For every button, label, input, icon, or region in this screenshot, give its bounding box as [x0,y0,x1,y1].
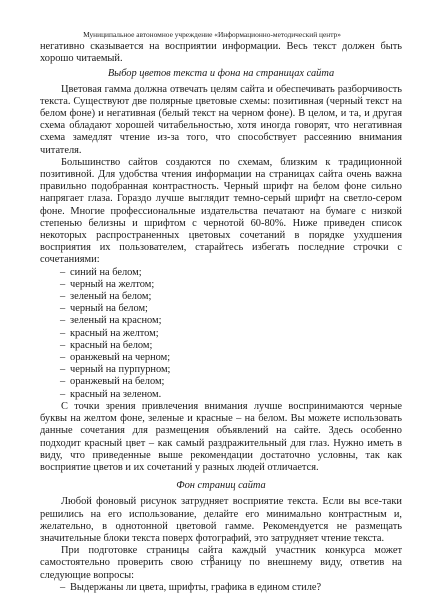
dash-bullet: – [60,267,70,279]
section-heading-background: Фон страниц сайта [40,480,402,492]
paragraph: С точки зрения привлечения внимания лучш… [40,401,402,474]
list-item: –черный на пурпурном; [60,364,402,376]
color-combinations-list: –синий на белом; –черный на желтом; –зел… [40,267,402,401]
dash-bullet: – [60,389,70,401]
section-heading-colors: Выбор цветов текста и фона на страницах … [40,68,402,80]
list-item: –зеленый на красном; [60,315,402,327]
list-item: –красный на зеленом. [60,389,402,401]
dash-bullet: – [60,582,70,594]
dash-bullet: – [60,364,70,376]
dash-bullet: – [60,376,70,388]
paragraph: Большинство сайтов создаются по схемам, … [40,157,402,267]
list-item: –синий на белом; [60,267,402,279]
list-item: –оранжевый на белом; [60,376,402,388]
list-item: –красный на желтом; [60,328,402,340]
list-item: –красный на белом; [60,340,402,352]
paragraph: Любой фоновый рисунок затрудняет восприя… [40,496,402,545]
checklist: –Выдержаны ли цвета, шрифты, графика в е… [40,582,402,594]
page-header: Муниципальное автономное учреждение «Инф… [0,30,424,40]
dash-bullet: – [60,340,70,352]
page-number: 8 [0,554,424,563]
dash-bullet: – [60,279,70,291]
page-body: негативно сказывается на восприятии инфо… [40,41,402,594]
paragraph: При подготовке страницы сайта каждый уча… [40,545,402,582]
dash-bullet: – [60,303,70,315]
dash-bullet: – [60,315,70,327]
document-page: Муниципальное автономное учреждение «Инф… [0,0,424,600]
list-item: –оранжевый на черном; [60,352,402,364]
list-item: –Выдержаны ли цвета, шрифты, графика в е… [60,582,402,594]
list-item: –зеленый на белом; [60,291,402,303]
paragraph: негативно сказывается на восприятии инфо… [40,41,402,65]
list-item: –черный на желтом; [60,279,402,291]
dash-bullet: – [60,352,70,364]
dash-bullet: – [60,291,70,303]
list-item: –черный на белом; [60,303,402,315]
paragraph: Цветовая гамма должна отвечать целям сай… [40,84,402,157]
dash-bullet: – [60,328,70,340]
